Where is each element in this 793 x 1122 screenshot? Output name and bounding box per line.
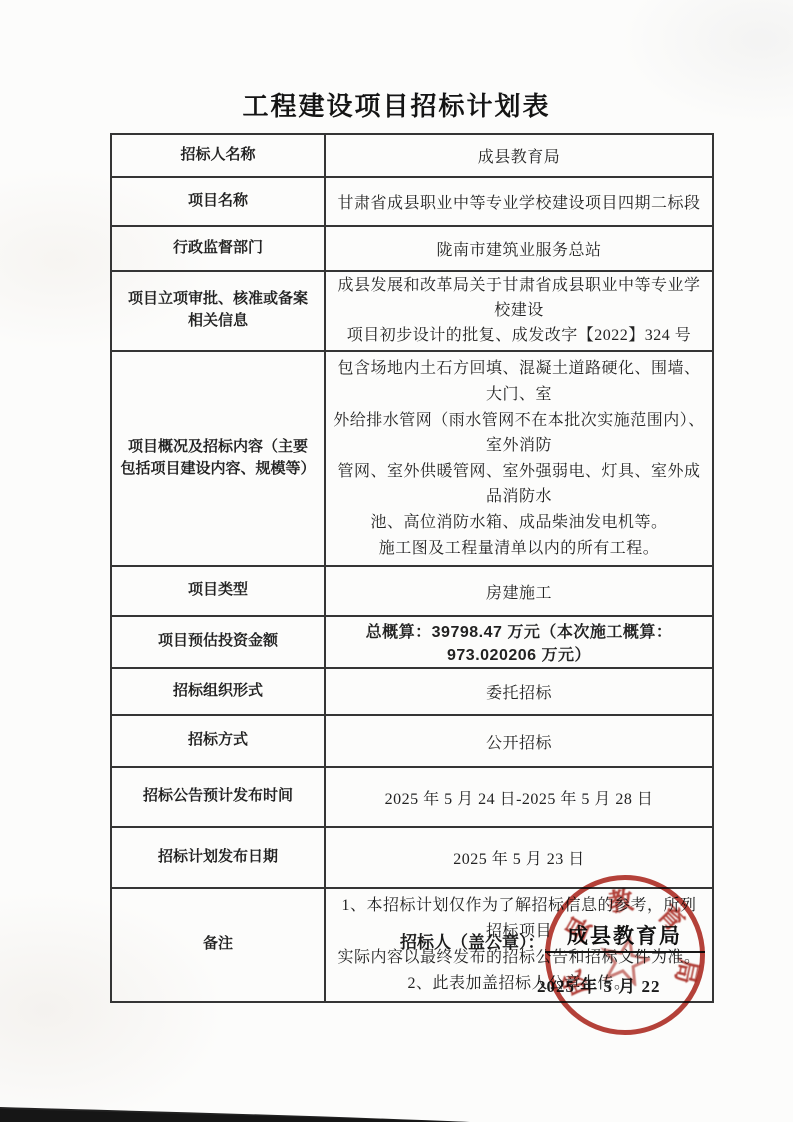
row-label-approval-info: 项目立项审批、核准或备案 相关信息 [111, 271, 325, 351]
table-row: 招标计划发布日期 2025 年 5 月 23 日 [111, 827, 713, 888]
row-value-approval-info: 成县发展和改革局关于甘肃省成县职业中等专业学校建设 项目初步设计的批复、成发改字… [325, 271, 713, 351]
table-row: 招标公告预计发布时间 2025 年 5 月 24 日-2025 年 5 月 28… [111, 767, 713, 827]
table-row: 招标人名称 成县教育局 [111, 134, 713, 177]
row-label-bidder-name: 招标人名称 [111, 134, 325, 177]
signer-label: 招标人（盖公章）： [400, 933, 545, 952]
row-label-supervision-dept: 行政监督部门 [111, 226, 325, 271]
row-value-announce-time: 2025 年 5 月 24 日-2025 年 5 月 28 日 [325, 767, 713, 827]
table-row: 招标方式 公开招标 [111, 715, 713, 767]
row-value-project-type: 房建施工 [325, 566, 713, 616]
row-label-org-form: 招标组织形式 [111, 668, 325, 715]
row-label-project-name: 项目名称 [111, 177, 325, 226]
page-title: 工程建设项目招标计划表 [0, 86, 793, 123]
row-label-project-scope: 项目概况及招标内容（主要 包括项目建设内容、规模等） [111, 351, 325, 566]
row-label-plan-publish-date: 招标计划发布日期 [111, 827, 325, 888]
row-value-investment: 总概算：39798.47 万元（本次施工概算：973.020206 万元） [325, 616, 713, 668]
row-value-bidder-name: 成县教育局 [325, 134, 713, 177]
row-label-announce-time: 招标公告预计发布时间 [111, 767, 325, 827]
table-row: 项目类型 房建施工 [111, 566, 713, 616]
row-label-project-type: 项目类型 [111, 566, 325, 616]
scanned-document-page: 工程建设项目招标计划表 招标人名称 成县教育局 项目名称 甘肃省成县职业中等专业… [0, 0, 793, 1122]
signature-line: 招标人（盖公章）：成县教育局 [400, 920, 705, 953]
row-value-bid-method: 公开招标 [325, 715, 713, 767]
table-row: 项目预估投资金额 总概算：39798.47 万元（本次施工概算：973.0202… [111, 616, 713, 668]
table-row: 项目概况及招标内容（主要 包括项目建设内容、规模等） 包含场地内土石方回填、混凝… [111, 351, 713, 566]
row-value-org-form: 委托招标 [325, 668, 713, 715]
table-row: 项目立项审批、核准或备案 相关信息 成县发展和改革局关于甘肃省成县职业中等专业学… [111, 271, 713, 351]
row-value-project-scope: 包含场地内土石方回填、混凝土道路硬化、围墙、大门、室 外给排水管网（雨水管网不在… [325, 351, 713, 566]
row-label-remarks: 备注 [111, 888, 325, 1002]
tender-plan-table: 招标人名称 成县教育局 项目名称 甘肃省成县职业中等专业学校建设项目四期二标段 … [110, 133, 714, 1003]
table-row: 招标组织形式 委托招标 [111, 668, 713, 715]
table-row: 行政监督部门 陇南市建筑业服务总站 [111, 226, 713, 271]
row-label-investment: 项目预估投资金额 [111, 616, 325, 668]
table-row: 项目名称 甘肃省成县职业中等专业学校建设项目四期二标段 [111, 177, 713, 226]
row-value-project-name: 甘肃省成县职业中等专业学校建设项目四期二标段 [325, 177, 713, 226]
row-label-bid-method: 招标方式 [111, 715, 325, 767]
row-value-supervision-dept: 陇南市建筑业服务总站 [325, 226, 713, 271]
signature-date: 2025 年 5 月 22 [537, 972, 661, 997]
row-value-plan-publish-date: 2025 年 5 月 23 日 [325, 827, 713, 888]
scan-paper-edge [0, 1102, 793, 1122]
signer-name: 成县教育局 [545, 920, 705, 953]
